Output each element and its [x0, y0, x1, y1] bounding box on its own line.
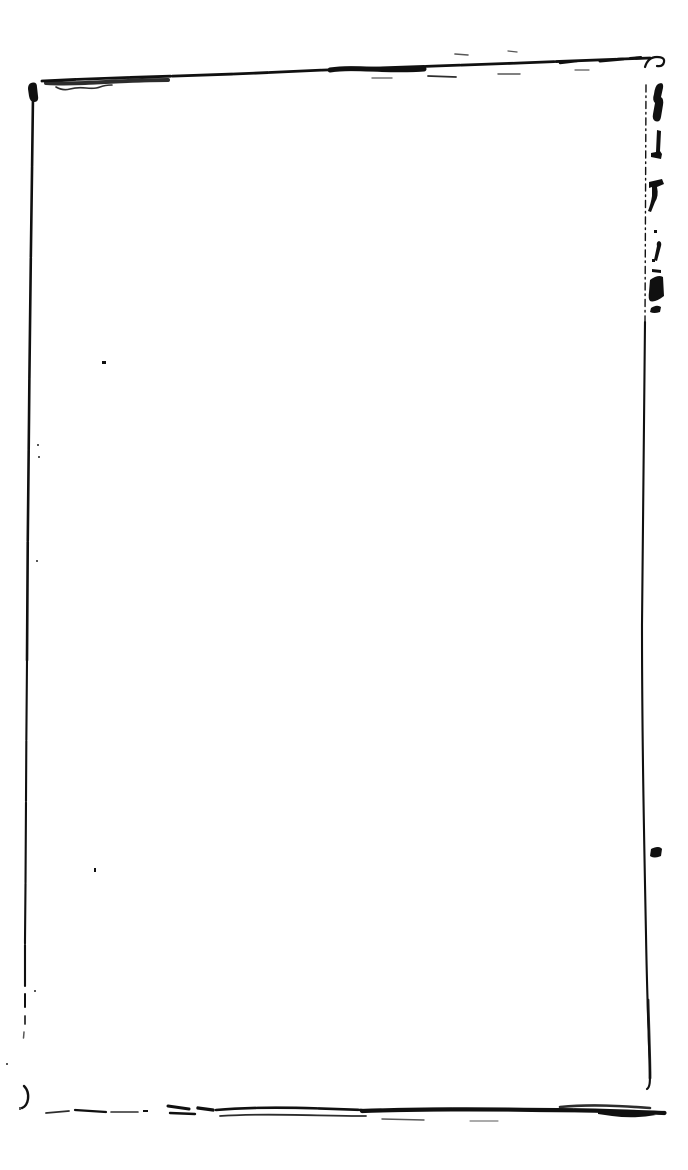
speck: [143, 1110, 148, 1112]
rule-dash: [382, 1119, 424, 1120]
ink-blot: [653, 83, 664, 121]
rule-dash: [198, 1108, 213, 1110]
rule-stroke: [560, 1105, 650, 1108]
rule-dashdot: [645, 85, 646, 322]
rule-dash: [168, 1106, 189, 1109]
ink-blot: [652, 269, 661, 273]
speck: [102, 361, 106, 364]
rule-stroke: [25, 660, 27, 986]
rule-dash: [600, 59, 623, 61]
rule-dash: [455, 54, 468, 55]
ink-blot: [654, 241, 661, 261]
ink-blot: [651, 130, 662, 159]
speck: [37, 444, 39, 446]
ink-blot: [648, 179, 664, 212]
speck: [652, 259, 655, 262]
ink-scribble: [56, 85, 112, 90]
ink-hook: [22, 1086, 28, 1108]
speck: [654, 230, 657, 233]
ink-blot: [649, 276, 664, 301]
scanned-blank-page: [0, 0, 688, 1170]
speck: [36, 560, 38, 562]
top-border-rule: [42, 51, 664, 90]
speck: [6, 1063, 8, 1065]
speck: [38, 456, 40, 458]
interior-specks: [94, 361, 106, 872]
rule-dash: [75, 1110, 106, 1112]
speck: [94, 868, 96, 872]
rule-dash: [24, 1032, 25, 1038]
left-border-rule: [19, 83, 40, 1111]
rule-dash: [46, 1111, 69, 1113]
rule-dash: [508, 51, 517, 52]
ink-blot: [650, 306, 661, 313]
rule-stroke: [648, 1000, 650, 1078]
right-border-rule: [642, 83, 664, 1089]
rule-stroke: [27, 96, 33, 660]
rule-dash: [170, 1113, 195, 1114]
ink-blot: [650, 847, 662, 858]
speck: [34, 990, 36, 992]
rule-stroke: [220, 1115, 366, 1116]
rule-dash: [428, 76, 456, 77]
speck: [19, 1107, 21, 1110]
rule-dash: [630, 57, 641, 58]
scan-artifacts: [0, 0, 688, 1170]
bottom-border-rule: [6, 1063, 665, 1121]
rule-stroke: [330, 69, 424, 70]
rule-stroke: [642, 322, 650, 1089]
rule-stroke: [216, 1108, 362, 1110]
